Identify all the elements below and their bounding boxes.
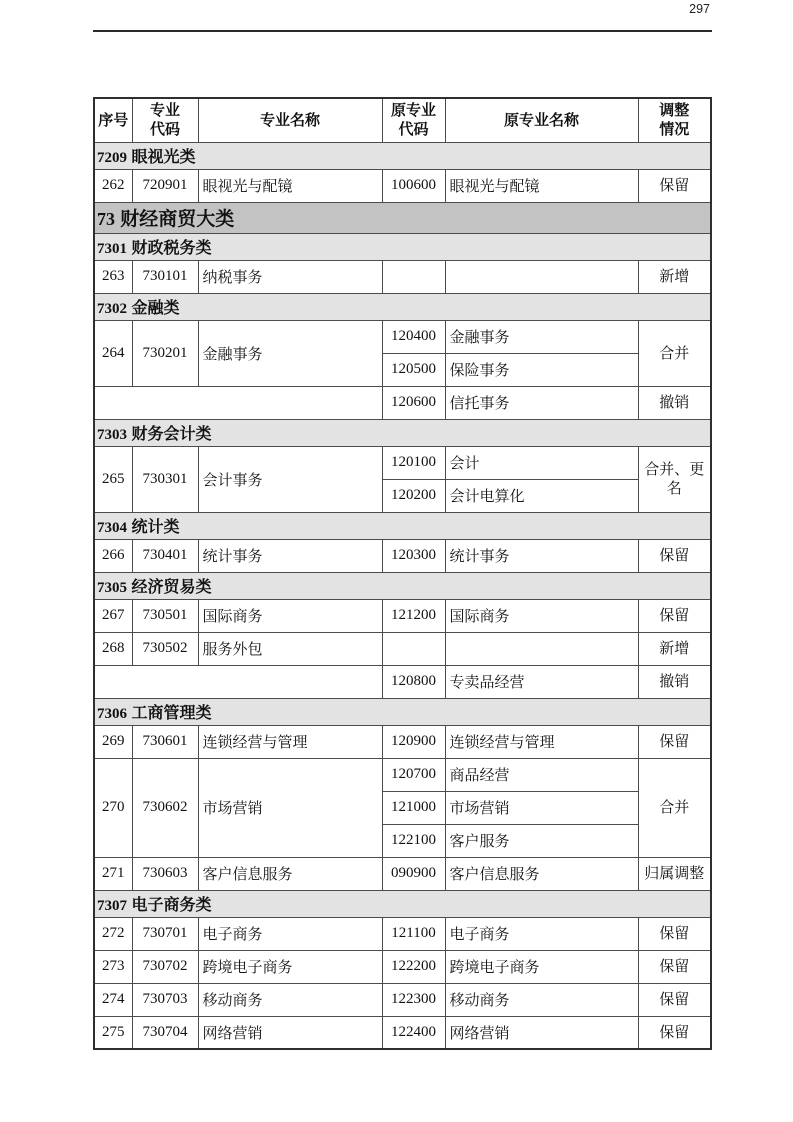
cell-adjust: 撤销 (638, 386, 711, 419)
cell-no: 272 (94, 917, 132, 950)
cell-old-name: 市场营销 (445, 791, 638, 824)
cell-no: 262 (94, 169, 132, 202)
cell-old-name: 连锁经营与管理 (445, 725, 638, 758)
category-label: 73 财经商贸大类 (94, 202, 711, 233)
cell-adjust: 撤销 (638, 665, 711, 698)
category-row-73: 73 财经商贸大类 (94, 202, 711, 233)
section-row-7301: 7301 财政税务类 (94, 233, 711, 260)
section-row-7302: 7302 金融类 (94, 293, 711, 320)
cell-name: 眼视光与配镜 (198, 169, 382, 202)
section-label: 7306 工商管理类 (94, 698, 711, 725)
cell-adjust: 保留 (638, 917, 711, 950)
section-row-7307: 7307 电子商务类 (94, 890, 711, 917)
cell-code: 730201 (132, 320, 198, 386)
cell-code: 730502 (132, 632, 198, 665)
col-header-adjust: 调整情况 (638, 98, 711, 142)
col-header-name: 专业名称 (198, 98, 382, 142)
cell-name: 跨境电子商务 (198, 950, 382, 983)
cell-adjust: 新增 (638, 632, 711, 665)
cell-old-code (382, 632, 445, 665)
cell-old-code: 121200 (382, 599, 445, 632)
table-row-275: 275 730704 网络营销 122400 网络营销 保留 (94, 1016, 711, 1049)
cell-old-code: 120100 (382, 446, 445, 479)
cell-old-name: 网络营销 (445, 1016, 638, 1049)
cell-old-name: 客户信息服务 (445, 857, 638, 890)
section-row-7306: 7306 工商管理类 (94, 698, 711, 725)
cell-old-code: 122200 (382, 950, 445, 983)
cell-old-code: 120200 (382, 479, 445, 512)
cell-old-name: 国际商务 (445, 599, 638, 632)
table-row-269: 269 730601 连锁经营与管理 120900 连锁经营与管理 保留 (94, 725, 711, 758)
cell-adjust: 保留 (638, 599, 711, 632)
table-row-262: 262 720901 眼视光与配镜 100600 眼视光与配镜 保留 (94, 169, 711, 202)
section-row-7305: 7305 经济贸易类 (94, 572, 711, 599)
section-row-7303: 7303 财务会计类 (94, 419, 711, 446)
cell-name: 网络营销 (198, 1016, 382, 1049)
cell-empty (94, 386, 382, 419)
cell-name: 移动商务 (198, 983, 382, 1016)
cell-old-name (445, 632, 638, 665)
section-label: 7302 金融类 (94, 293, 711, 320)
table-row-274: 274 730703 移动商务 122300 移动商务 保留 (94, 983, 711, 1016)
cell-no: 266 (94, 539, 132, 572)
cell-adjust: 归属调整 (638, 857, 711, 890)
cell-old-code: 121100 (382, 917, 445, 950)
cell-no: 274 (94, 983, 132, 1016)
section-label: 7307 电子商务类 (94, 890, 711, 917)
cell-old-code: 122100 (382, 824, 445, 857)
cell-name: 国际商务 (198, 599, 382, 632)
cell-adjust: 保留 (638, 539, 711, 572)
cell-old-name: 保险事务 (445, 353, 638, 386)
cell-name: 统计事务 (198, 539, 382, 572)
cell-old-code: 120600 (382, 386, 445, 419)
table-row-271: 271 730603 客户信息服务 090900 客户信息服务 归属调整 (94, 857, 711, 890)
cell-no: 264 (94, 320, 132, 386)
table-row-revoked-120600: 120600 信托事务 撤销 (94, 386, 711, 419)
cell-adjust: 合并、更名 (638, 446, 711, 512)
cell-code: 730603 (132, 857, 198, 890)
cell-no: 270 (94, 758, 132, 857)
cell-old-name: 眼视光与配镜 (445, 169, 638, 202)
catalog-table: 序号 专业代码 专业名称 原专业代码 原专业名称 调整情况 7209 眼视光类 … (93, 97, 712, 1050)
cell-no: 271 (94, 857, 132, 890)
section-label: 7303 财务会计类 (94, 419, 711, 446)
cell-old-name: 客户服务 (445, 824, 638, 857)
cell-name: 连锁经营与管理 (198, 725, 382, 758)
section-row-7304: 7304 统计类 (94, 512, 711, 539)
cell-old-name: 电子商务 (445, 917, 638, 950)
col-header-no: 序号 (94, 98, 132, 142)
cell-no: 273 (94, 950, 132, 983)
cell-adjust: 保留 (638, 983, 711, 1016)
cell-no: 269 (94, 725, 132, 758)
cell-old-code: 120700 (382, 758, 445, 791)
cell-old-name: 跨境电子商务 (445, 950, 638, 983)
col-header-old-name: 原专业名称 (445, 98, 638, 142)
cell-no: 275 (94, 1016, 132, 1049)
table-row-revoked-120800: 120800 专卖品经营 撤销 (94, 665, 711, 698)
cell-no: 265 (94, 446, 132, 512)
table-row-264: 264 730201 金融事务 120400 金融事务 合并 (94, 320, 711, 353)
cell-no: 263 (94, 260, 132, 293)
table-row-266: 266 730401 统计事务 120300 统计事务 保留 (94, 539, 711, 572)
table-row-270: 270 730602 市场营销 120700 商品经营 合并 (94, 758, 711, 791)
cell-code: 730602 (132, 758, 198, 857)
cell-code: 730401 (132, 539, 198, 572)
cell-old-code: 100600 (382, 169, 445, 202)
section-row-7209: 7209 眼视光类 (94, 142, 711, 169)
cell-adjust: 保留 (638, 1016, 711, 1049)
cell-name: 纳税事务 (198, 260, 382, 293)
cell-empty (94, 665, 382, 698)
table-row-265: 265 730301 会计事务 120100 会计 合并、更名 (94, 446, 711, 479)
cell-code: 730501 (132, 599, 198, 632)
col-header-code: 专业代码 (132, 98, 198, 142)
section-label: 7301 财政税务类 (94, 233, 711, 260)
table-row-272: 272 730701 电子商务 121100 电子商务 保留 (94, 917, 711, 950)
cell-old-code: 120300 (382, 539, 445, 572)
cell-code: 730704 (132, 1016, 198, 1049)
cell-code: 720901 (132, 169, 198, 202)
cell-adjust: 保留 (638, 169, 711, 202)
cell-adjust: 合并 (638, 320, 711, 386)
cell-code: 730101 (132, 260, 198, 293)
section-label: 7305 经济贸易类 (94, 572, 711, 599)
table-row-273: 273 730702 跨境电子商务 122200 跨境电子商务 保留 (94, 950, 711, 983)
cell-name: 电子商务 (198, 917, 382, 950)
cell-old-code: 120800 (382, 665, 445, 698)
cell-old-code: 090900 (382, 857, 445, 890)
cell-old-name: 移动商务 (445, 983, 638, 1016)
cell-old-name: 金融事务 (445, 320, 638, 353)
cell-old-code: 120900 (382, 725, 445, 758)
cell-code: 730702 (132, 950, 198, 983)
section-label: 7304 统计类 (94, 512, 711, 539)
cell-code: 730601 (132, 725, 198, 758)
cell-name: 市场营销 (198, 758, 382, 857)
page-number: 297 (93, 2, 710, 16)
cell-old-name: 会计电算化 (445, 479, 638, 512)
cell-old-code: 122400 (382, 1016, 445, 1049)
cell-old-name: 专卖品经营 (445, 665, 638, 698)
col-header-old-code: 原专业代码 (382, 98, 445, 142)
table-row-268: 268 730502 服务外包 新增 (94, 632, 711, 665)
cell-old-code: 120400 (382, 320, 445, 353)
table-header-row: 序号 专业代码 专业名称 原专业代码 原专业名称 调整情况 (94, 98, 711, 142)
cell-old-code: 121000 (382, 791, 445, 824)
cell-no: 267 (94, 599, 132, 632)
cell-name: 客户信息服务 (198, 857, 382, 890)
cell-old-code: 122300 (382, 983, 445, 1016)
page-header-rule (93, 30, 712, 32)
cell-old-code: 120500 (382, 353, 445, 386)
table-row-267: 267 730501 国际商务 121200 国际商务 保留 (94, 599, 711, 632)
cell-old-code (382, 260, 445, 293)
cell-no: 268 (94, 632, 132, 665)
cell-code: 730701 (132, 917, 198, 950)
cell-code: 730703 (132, 983, 198, 1016)
cell-adjust: 保留 (638, 950, 711, 983)
cell-adjust: 新增 (638, 260, 711, 293)
cell-name: 服务外包 (198, 632, 382, 665)
cell-old-name: 信托事务 (445, 386, 638, 419)
cell-old-name: 统计事务 (445, 539, 638, 572)
section-label: 7209 眼视光类 (94, 142, 711, 169)
cell-old-name: 商品经营 (445, 758, 638, 791)
cell-old-name (445, 260, 638, 293)
cell-name: 金融事务 (198, 320, 382, 386)
table-row-263: 263 730101 纳税事务 新增 (94, 260, 711, 293)
cell-adjust: 保留 (638, 725, 711, 758)
cell-name: 会计事务 (198, 446, 382, 512)
cell-adjust: 合并 (638, 758, 711, 857)
cell-old-name: 会计 (445, 446, 638, 479)
cell-code: 730301 (132, 446, 198, 512)
